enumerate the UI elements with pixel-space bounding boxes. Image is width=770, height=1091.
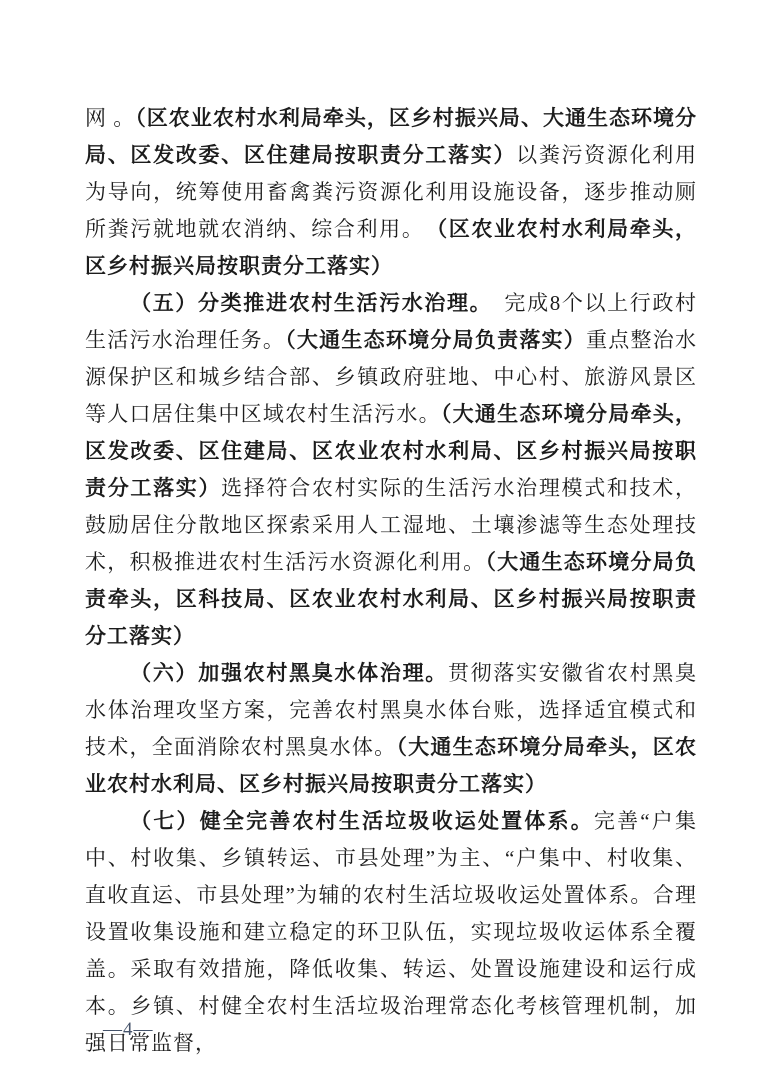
responsibility-annotation: （大通生态环境分局负责落实） bbox=[285, 328, 586, 352]
paragraph-section-6: （六）加强农村黑臭水体治理。贯彻落实安徽省农村黑臭水体治理攻坚方案，完善农村黑臭… bbox=[85, 655, 697, 803]
page-number: —4— bbox=[103, 1018, 154, 1042]
section-heading: （七）健全完善农村生活垃圾收运处置体系。 bbox=[130, 809, 594, 833]
section-heading: （六）加强农村黑臭水体治理。 bbox=[130, 661, 448, 685]
section-heading: （五）分类推进农村生活污水治理。 bbox=[130, 291, 482, 315]
paragraph-section-5: （五）分类推进农村生活污水治理。 完成8个以上行政村生活污水治理任务。（大通生态… bbox=[85, 285, 697, 655]
body-text: 完善“户集中、村收集、乡镇转运、市县处理”为主、“户集中、村收集、直收直运、市县… bbox=[85, 809, 697, 1055]
document-body: 网 。（区农业农村水利局牵头，区乡村振兴局、大通生态环境分局、区发改委、区住建局… bbox=[85, 100, 697, 1062]
paragraph-section-7: （七）健全完善农村生活垃圾收运处置体系。完善“户集中、村收集、乡镇转运、市县处理… bbox=[85, 803, 697, 1062]
document-page: 网 。（区农业农村水利局牵头，区乡村振兴局、大通生态环境分局、区发改委、区住建局… bbox=[0, 0, 770, 1091]
body-text: 网 。 bbox=[85, 106, 135, 130]
paragraph-continuation: 网 。（区农业农村水利局牵头，区乡村振兴局、大通生态环境分局、区发改委、区住建局… bbox=[85, 100, 697, 285]
